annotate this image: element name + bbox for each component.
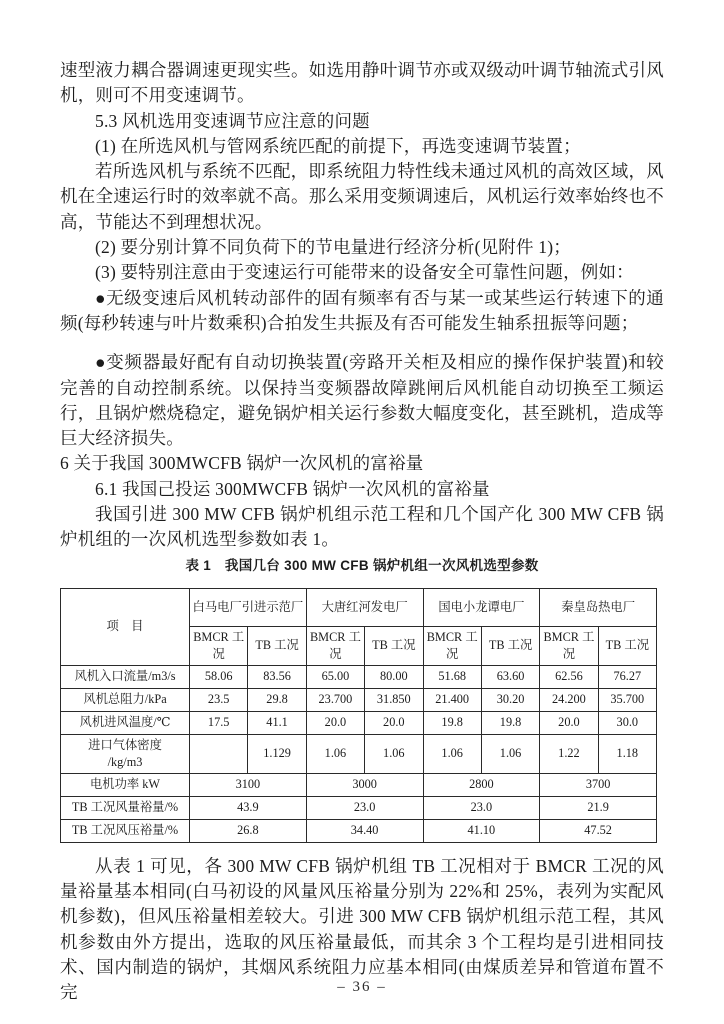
value-cell: 23.5 xyxy=(190,688,248,711)
document-page: 速型液力耦合器调速更现实些。如选用静叶调节亦或双级动叶调节轴流式引风机，则可不用… xyxy=(0,0,724,1024)
table-title: 表 1 我国几台 300 MW CFB 锅炉机组一次风机选型参数 xyxy=(60,556,664,575)
value-cell: 20.0 xyxy=(540,711,598,734)
paragraph: 速型液力耦合器调速更现实些。如选用静叶调节亦或双级动叶调节轴流式引风机，则可不用… xyxy=(60,58,664,109)
paragraph: 5.3 风机选用变速调节应注意的问题 xyxy=(60,109,664,134)
value-cell: 80.00 xyxy=(365,665,423,688)
table-row: 电机功率 kW3100300028003700 xyxy=(61,773,657,796)
value-cell: 1.22 xyxy=(540,734,598,773)
row-label: TB 工况风压裕量/% xyxy=(61,819,190,842)
paragraph: (3) 要特别注意由于变速运行可能带来的设备安全可靠性问题，例如： xyxy=(60,260,664,285)
value-cell: 29.8 xyxy=(248,688,306,711)
paragraph-spacer xyxy=(60,336,664,350)
value-cell: 1.18 xyxy=(598,734,656,773)
value-cell: 23.0 xyxy=(423,796,540,819)
row-label: 电机功率 kW xyxy=(61,773,190,796)
value-cell: 21.400 xyxy=(423,688,481,711)
paragraph-flow: 速型液力耦合器调速更现实些。如选用静叶调节亦或双级动叶调节轴流式引风机，则可不用… xyxy=(60,58,664,553)
value-cell: 20.0 xyxy=(306,711,364,734)
table-header-condition: BMCR 工况 xyxy=(306,626,364,665)
value-cell: 1.06 xyxy=(306,734,364,773)
table-row: 风机进风温度/℃17.541.120.020.019.819.820.030.0 xyxy=(61,711,657,734)
value-cell: 19.8 xyxy=(423,711,481,734)
table-header-condition: TB 工况 xyxy=(365,626,423,665)
value-cell: 1.129 xyxy=(248,734,306,773)
value-cell: 47.52 xyxy=(540,819,657,842)
value-cell: 41.10 xyxy=(423,819,540,842)
value-cell: 3000 xyxy=(306,773,423,796)
table-row: TB 工况风量裕量/%43.923.023.021.9 xyxy=(61,796,657,819)
value-cell: 35.700 xyxy=(598,688,656,711)
row-label: 风机进风温度/℃ xyxy=(61,711,190,734)
row-label: 风机总阻力/kPa xyxy=(61,688,190,711)
value-cell: 19.8 xyxy=(481,711,539,734)
paragraph: 6 关于我国 300MWCFB 锅炉一次风机的富裕量 xyxy=(60,451,664,476)
table-header-condition: BMCR 工况 xyxy=(540,626,598,665)
value-cell: 24.200 xyxy=(540,688,598,711)
table-header-condition: BMCR 工况 xyxy=(423,626,481,665)
row-label: 风机入口流量/m3/s xyxy=(61,665,190,688)
value-cell: 83.56 xyxy=(248,665,306,688)
table-header-item: 项 目 xyxy=(61,588,190,665)
table-header-condition: TB 工况 xyxy=(598,626,656,665)
paragraph: (1) 在所选风机与管网系统匹配的前提下，再选变速调节装置； xyxy=(60,134,664,159)
value-cell: 63.60 xyxy=(481,665,539,688)
value-cell: 23.0 xyxy=(306,796,423,819)
value-cell: 76.27 xyxy=(598,665,656,688)
table-header-plant: 大唐红河发电厂 xyxy=(306,588,423,626)
table-header-condition: TB 工况 xyxy=(481,626,539,665)
table-row: TB 工况风压裕量/%26.834.4041.1047.52 xyxy=(61,819,657,842)
table-header-plant: 秦皇岛热电厂 xyxy=(540,588,657,626)
table-row: 风机总阻力/kPa23.529.823.70031.85021.40030.20… xyxy=(61,688,657,711)
value-cell: 34.40 xyxy=(306,819,423,842)
value-cell: 23.700 xyxy=(306,688,364,711)
table-header-row-plants: 项 目白马电厂引进示范厂大唐红河发电厂国电小龙谭电厂秦皇岛热电厂 xyxy=(61,588,657,626)
value-cell: 21.9 xyxy=(540,796,657,819)
page-number: – 36 – xyxy=(0,979,724,996)
paragraph: 若所选风机与系统不匹配，即系统阻力特性线未通过风机的高效区域，风机在全速运行时的… xyxy=(60,159,664,235)
paragraph: 我国引进 300 MW CFB 锅炉机组示范工程和几个国产化 300 MW CF… xyxy=(60,502,664,553)
value-cell: 26.8 xyxy=(190,819,307,842)
value-cell: 43.9 xyxy=(190,796,307,819)
table-row: 进口气体密度 /kg/m31.1291.061.061.061.061.221.… xyxy=(61,734,657,773)
row-label: TB 工况风量裕量/% xyxy=(61,796,190,819)
value-cell: 58.06 xyxy=(190,665,248,688)
value-cell: 1.06 xyxy=(481,734,539,773)
value-cell: 30.20 xyxy=(481,688,539,711)
value-cell: 62.56 xyxy=(540,665,598,688)
row-label: 进口气体密度 /kg/m3 xyxy=(61,734,190,773)
paragraph: 6.1 我国己投运 300MWCFB 锅炉一次风机的富裕量 xyxy=(60,477,664,502)
selection-table: 项 目白马电厂引进示范厂大唐红河发电厂国电小龙谭电厂秦皇岛热电厂BMCR 工况T… xyxy=(60,588,657,843)
table-header-condition: BMCR 工况 xyxy=(190,626,248,665)
value-cell: 1.06 xyxy=(365,734,423,773)
table-header-condition: TB 工况 xyxy=(248,626,306,665)
table-header-plant: 白马电厂引进示范厂 xyxy=(190,588,307,626)
value-cell: 1.06 xyxy=(423,734,481,773)
value-cell: 31.850 xyxy=(365,688,423,711)
value-cell: 2800 xyxy=(423,773,540,796)
value-cell: 65.00 xyxy=(306,665,364,688)
selection-table-head: 项 目白马电厂引进示范厂大唐红河发电厂国电小龙谭电厂秦皇岛热电厂BMCR 工况T… xyxy=(61,588,657,665)
paragraph: ●变频器最好配有自动切换装置(旁路开关柜及相应的操作保护装置)和较完善的自动控制… xyxy=(60,350,664,451)
value-cell: 41.1 xyxy=(248,711,306,734)
table-header-plant: 国电小龙谭电厂 xyxy=(423,588,540,626)
value-cell: 3700 xyxy=(540,773,657,796)
value-cell: 3100 xyxy=(190,773,307,796)
value-cell: 20.0 xyxy=(365,711,423,734)
table-row: 风机入口流量/m3/s58.0683.5665.0080.0051.6863.6… xyxy=(61,665,657,688)
selection-table-body: 风机入口流量/m3/s58.0683.5665.0080.0051.6863.6… xyxy=(61,665,657,842)
value-cell: 30.0 xyxy=(598,711,656,734)
paragraph: (2) 要分别计算不同负荷下的节电量进行经济分析(见附件 1)； xyxy=(60,235,664,260)
paragraph: ●无级变速后风机转动部件的固有频率有否与某一或某些运行转速下的通频(每秒转速与叶… xyxy=(60,286,664,337)
value-cell xyxy=(190,734,248,773)
value-cell: 51.68 xyxy=(423,665,481,688)
value-cell: 17.5 xyxy=(190,711,248,734)
